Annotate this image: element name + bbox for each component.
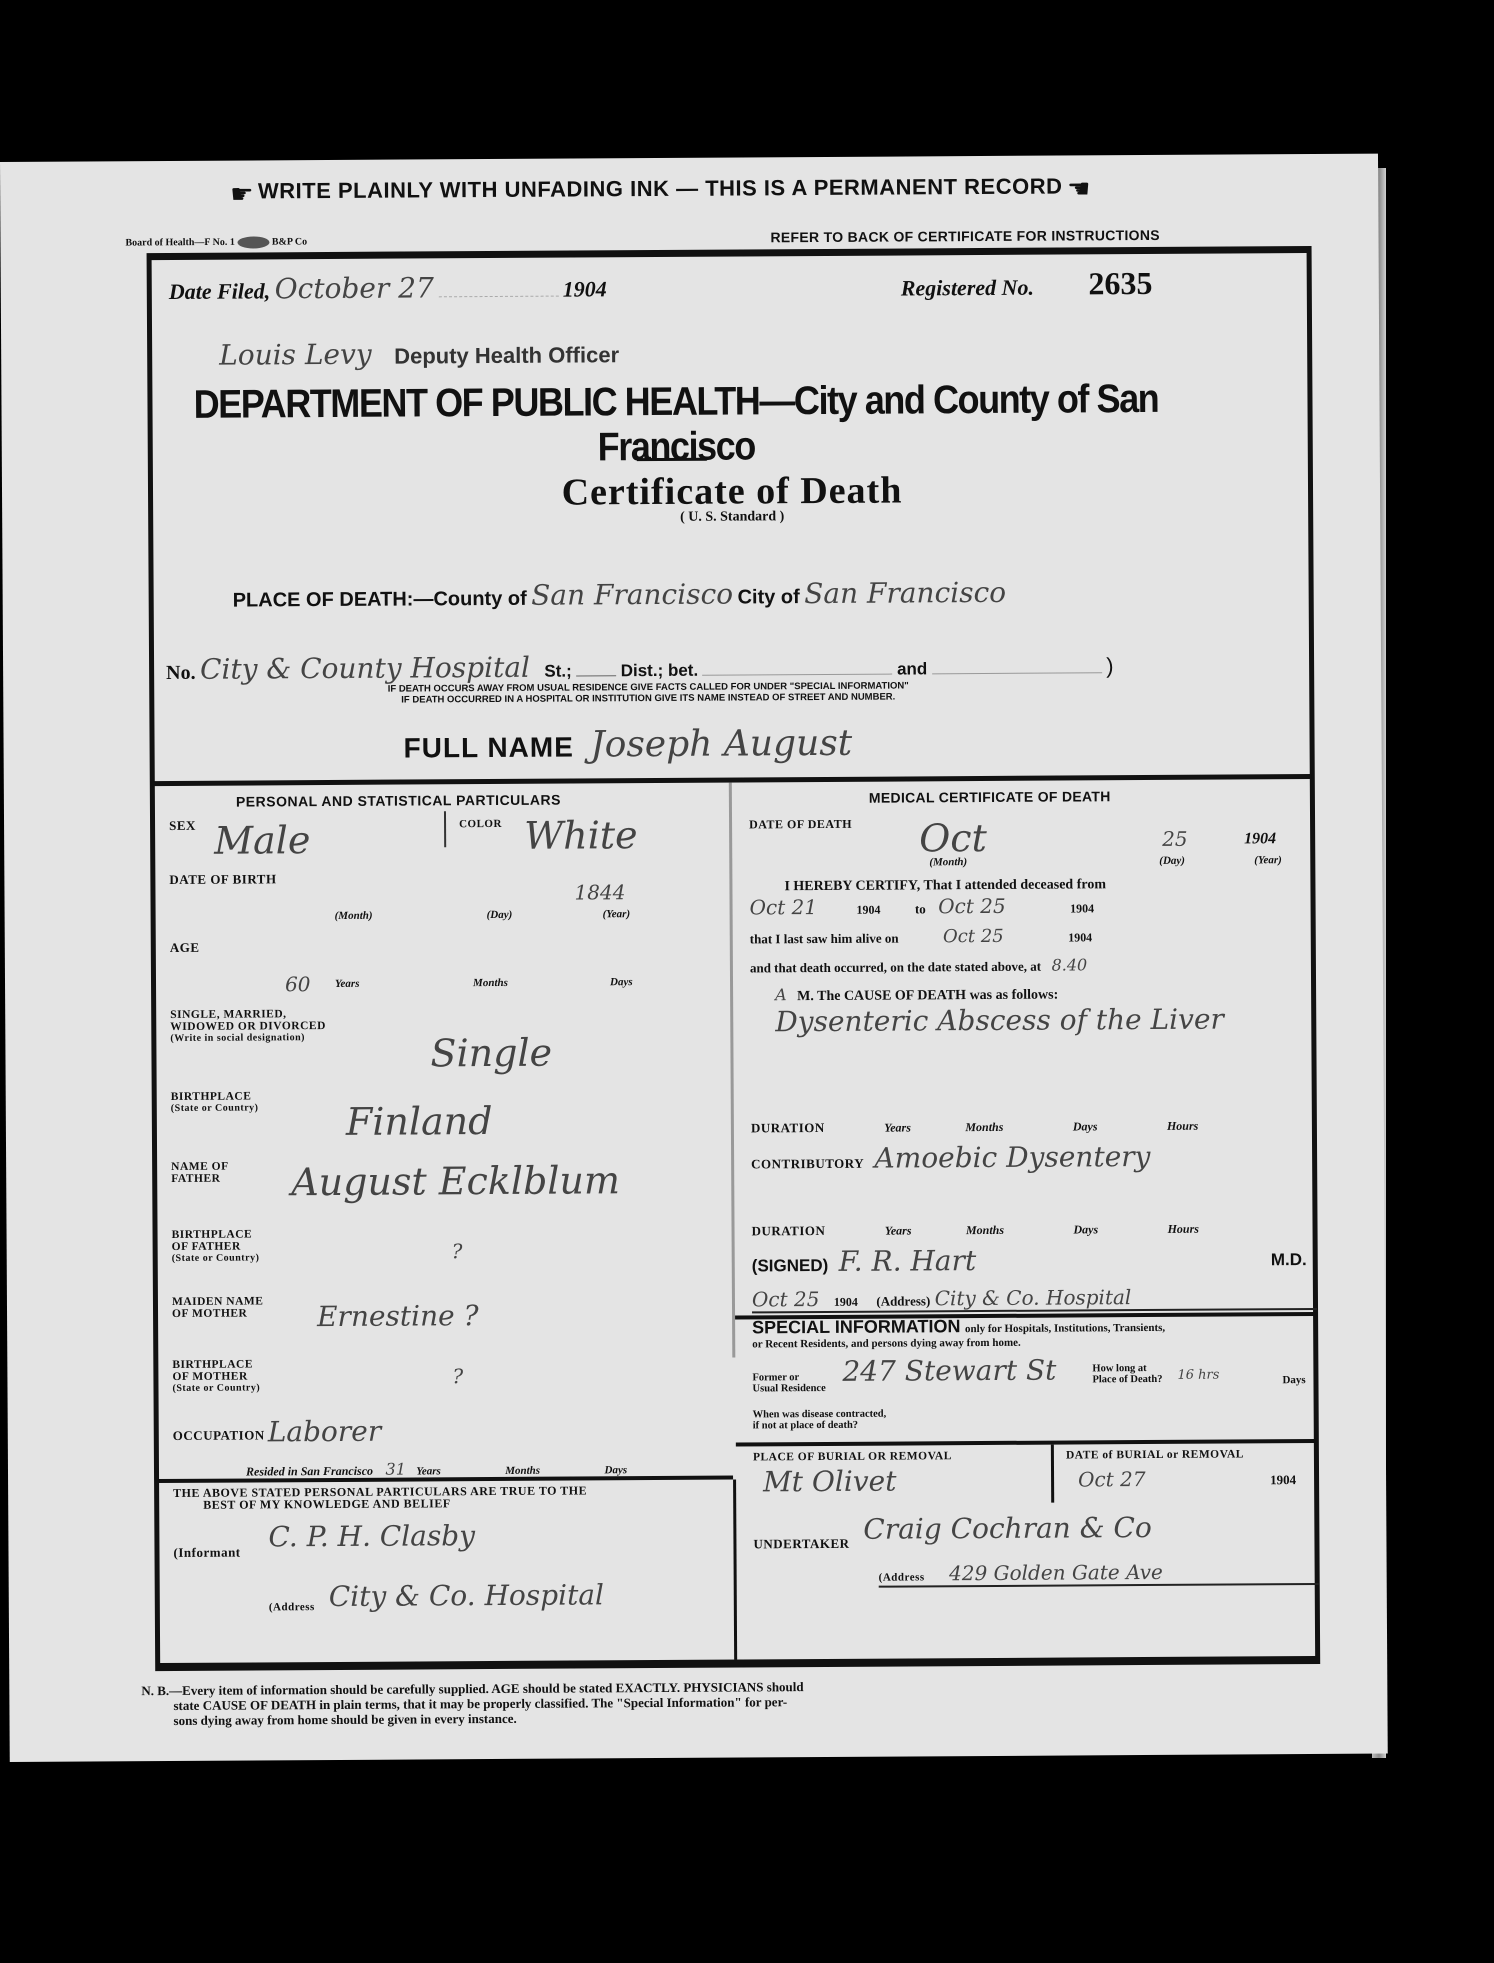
form-number: Board of Health—F No. 1 B&P Co <box>125 236 307 249</box>
resided-months-label: Months <box>505 1465 540 1477</box>
years-label: Years <box>884 1120 911 1134</box>
contributory-label: CONTRIBUTORY <box>751 1156 864 1172</box>
officer-signature: Louis Levy <box>219 338 372 372</box>
statement-line-2: BEST OF MY KNOWLEDGE AND BELIEF <box>173 1496 587 1511</box>
special-heading-rest: only for Hospitals, Institutions, Transi… <box>965 1322 1165 1335</box>
attended-to: Oct 25 <box>938 894 1006 918</box>
sex-value: Male <box>214 818 310 863</box>
physician-address-label: (Address) <box>876 1293 930 1308</box>
date-filed: Date Filed, October 27 1904 <box>169 270 607 306</box>
how-long-label: How long at Place of Death? <box>1092 1363 1162 1385</box>
occupation-label: OCCUPATION <box>173 1428 265 1443</box>
mother-label: MAIDEN NAME OF MOTHER <box>172 1295 264 1320</box>
age-months-label: Months <box>473 977 508 989</box>
informant-statement: THE ABOVE STATED PERSONAL PARTICULARS AR… <box>173 1484 587 1511</box>
years-label-2: Years <box>885 1223 912 1237</box>
mother-bp-label-1: BIRTHPLACE <box>172 1358 260 1371</box>
former-label-2: Usual Residence <box>752 1383 825 1394</box>
mother-birthplace-value: ? <box>452 1364 463 1388</box>
resided-years-value: 31 <box>385 1460 405 1479</box>
resided-label: Resided in San Francisco <box>246 1464 373 1479</box>
special-heading-title: SPECIAL INFORMATION <box>752 1316 960 1337</box>
certify-statement: I HEREBY CERTIFY, That I attended deceas… <box>784 877 1106 895</box>
dod-month-value: Oct <box>919 816 987 860</box>
mother-value: Ernestine ? <box>317 1299 479 1333</box>
registered-no: Registered No. 2635 <box>901 265 1153 304</box>
dod-month-label: (Month) <box>929 856 967 868</box>
former-residence-value: 247 Stewart St <box>842 1354 1056 1388</box>
informant-address: City & Co. Hospital <box>329 1578 604 1613</box>
dod-day-value: 25 <box>1162 827 1188 851</box>
to-label: to <box>915 901 926 916</box>
banner: ☛ WRITE PLAINLY WITH UNFADING INK — THIS… <box>230 172 1230 209</box>
marital-value: Single <box>430 1031 552 1076</box>
father-label: NAME OF FATHER <box>171 1161 229 1185</box>
months-label: Months <box>965 1120 1003 1134</box>
former-residence-label: Former or Usual Residence <box>752 1372 825 1394</box>
certificate-title: Certificate of Death ( U. S. Standard ) <box>177 466 1287 529</box>
father-label-1: NAME OF <box>171 1161 229 1173</box>
place-of-death: PLACE OF DEATH:—County of San Francisco … <box>233 576 1007 614</box>
last-saw-row: that I last saw him alive on Oct 25 1904 <box>750 924 1310 948</box>
pointing-hand-icon: ☛ <box>1067 174 1091 205</box>
instructions-ref: REFER TO BACK OF CERTIFICATE FOR INSTRUC… <box>770 227 1160 245</box>
undertaker-label: UNDERTAKER <box>753 1537 849 1552</box>
days-label: Days <box>1073 1119 1098 1133</box>
signed-row: (SIGNED) F. R. Hart M.D. <box>752 1242 1317 1278</box>
attended-from-year: 1904 <box>856 903 880 917</box>
age-label: AGE <box>170 941 200 955</box>
dod-year-value: 1904 <box>1244 830 1276 848</box>
signed-label: (SIGNED) <box>752 1256 829 1275</box>
father-birthplace-value: ? <box>452 1239 463 1263</box>
attended-from: Oct 21 <box>749 895 817 919</box>
how-long-value: 16 hrs <box>1177 1368 1219 1383</box>
occurred-label: and that death occurred, on the date sta… <box>750 959 1041 976</box>
dod-year-label: (Year) <box>1254 854 1282 866</box>
age-days-label: Days <box>610 976 633 988</box>
informant-address-label: (Address <box>269 1600 315 1614</box>
mother-birthplace-label: BIRTHPLACE OF MOTHER (State or Country) <box>172 1358 260 1395</box>
father-bp-label-3: (State or Country) <box>172 1252 260 1265</box>
signed-date: Oct 25 <box>752 1287 820 1311</box>
contracted-label-1: When was disease contracted, <box>753 1409 887 1421</box>
duration-row-1: DURATION Years Months Days Hours <box>751 1116 1316 1137</box>
how-long-days-label: Days <box>1282 1374 1305 1386</box>
undertaker-value: Craig Cochran & Co <box>863 1511 1152 1546</box>
attended-to-year: 1904 <box>1070 901 1094 915</box>
dob-label: DATE OF BIRTH <box>169 872 276 887</box>
full-name: FULL NAME Joseph August <box>403 723 852 767</box>
department-title: DEPARTMENT OF PUBLIC HEALTH—City and Cou… <box>176 376 1287 473</box>
footer-note-3: sons dying away from home should be give… <box>141 1709 803 1728</box>
undertaker-address-label: (Address <box>879 1571 925 1583</box>
informant-name: C. P. H. Clasby <box>268 1519 475 1553</box>
how-long-label-1: How long at <box>1092 1363 1162 1374</box>
cause-label: M. The CAUSE OF DEATH was as follows: <box>797 988 1058 1005</box>
time-of-death: 8.40 <box>1051 955 1087 974</box>
marital-label-1: SINGLE, MARRIED, <box>170 1008 326 1021</box>
special-heading: SPECIAL INFORMATION only for Hospitals, … <box>752 1317 1317 1351</box>
signed-year: 1904 <box>834 1295 858 1309</box>
and-label: and <box>897 659 927 678</box>
attended-row: Oct 21 1904 to Oct 25 1904 <box>749 892 1309 919</box>
medical-heading: MEDICAL CERTIFICATE OF DEATH <box>869 788 1111 805</box>
resided-days-label: Days <box>604 1464 627 1476</box>
md-label: M.D. <box>1271 1250 1307 1270</box>
burial-date-value: Oct 27 <box>1078 1467 1146 1491</box>
dod-label: DATE OF DEATH <box>749 817 852 832</box>
resided-years-label: Years <box>416 1465 441 1477</box>
father-label-2: FATHER <box>171 1173 229 1185</box>
registered-label: Registered No. <box>901 275 1034 301</box>
physician-signature: F. R. Hart <box>839 1244 977 1278</box>
burial-column-divider <box>1051 1445 1054 1503</box>
address-of-death: No. City & County Hospital St.; Dist.; b… <box>166 646 1286 686</box>
color-value: White <box>524 813 638 858</box>
dob-year-value: 1844 <box>574 880 625 904</box>
mother-bp-label-2: OF MOTHER <box>172 1370 260 1383</box>
cause-of-death: Dysenteric Abscess of the Liver <box>775 1003 1224 1039</box>
signed-date-row: Oct 25 1904 (Address) City & Co. Hospita… <box>752 1284 1317 1313</box>
dob-month-label: (Month) <box>335 910 373 922</box>
age-years-label: Years <box>335 978 360 990</box>
undertaker-address-row: (Address 429 Golden Gate Ave <box>879 1559 1319 1588</box>
birthplace-value: Finland <box>346 1099 493 1144</box>
months-label-2: Months <box>966 1223 1004 1237</box>
registered-number: 2635 <box>1088 265 1152 301</box>
marital-label-3: (Write in social designation) <box>170 1032 326 1045</box>
marital-label-2: WIDOWED OR DIVORCED <box>170 1020 326 1033</box>
district-label: Dist.; bet. <box>621 661 699 680</box>
street-label: St.; <box>544 662 572 681</box>
contracted-label: When was disease contracted, if not at p… <box>753 1409 887 1432</box>
printer-text: B&P Co <box>272 236 307 247</box>
occurred-row: and that death occurred, on the date sta… <box>750 954 1310 977</box>
mother-label-2: OF MOTHER <box>172 1307 264 1320</box>
banner-text: WRITE PLAINLY WITH UNFADING INK — THIS I… <box>258 174 1063 204</box>
burial-year-value: 1904 <box>1270 1472 1296 1488</box>
sex-label: SEX <box>169 819 196 833</box>
city-label: City of <box>737 586 799 608</box>
county-value: San Francisco <box>531 578 733 612</box>
marital-label: SINGLE, MARRIED, WIDOWED OR DIVORCED (Wr… <box>170 1008 326 1045</box>
last-saw-value: Oct 25 <box>943 926 1004 947</box>
burial-date-label: DATE of BURIAL or REMOVAL <box>1066 1447 1244 1462</box>
contributory-row: CONTRIBUTORY Amoebic Dysentery <box>751 1140 1151 1175</box>
burial-place-label: PLACE OF BURIAL OR REMOVAL <box>753 1449 952 1464</box>
city-value: San Francisco <box>804 576 1006 610</box>
birthplace-label: BIRTHPLACE (State or Country) <box>171 1090 259 1115</box>
divider <box>637 458 707 461</box>
dob-year-label: (Year) <box>603 908 631 920</box>
dob-day-label: (Day) <box>487 909 513 921</box>
undertaker-address: 429 Golden Gate Ave <box>949 1560 1163 1585</box>
physician-address: City & Co. Hospital <box>935 1285 1132 1310</box>
contracted-label-2: if not at place of death? <box>753 1420 887 1432</box>
place-of-death-label: PLACE OF DEATH:—County of <box>233 588 527 612</box>
location-value: City & County Hospital <box>200 651 530 686</box>
personal-heading: PERSONAL AND STATISTICAL PARTICULARS <box>236 792 561 810</box>
color-label: COLOR <box>459 817 502 831</box>
days-label-2: Days <box>1073 1222 1098 1236</box>
full-name-label: FULL NAME <box>403 732 573 764</box>
duration-row-2: DURATION Years Months Days Hours <box>751 1219 1316 1240</box>
date-filed-value: October 27 <box>275 271 434 305</box>
officer-title: Deputy Health Officer <box>394 342 619 368</box>
union-label-icon <box>237 236 269 248</box>
duration-label-2: DURATION <box>751 1223 825 1238</box>
last-saw-label: that I last saw him alive on <box>750 931 899 947</box>
occupation-value: Laborer <box>268 1415 382 1449</box>
mother-bp-label-3: (State or Country) <box>172 1382 260 1395</box>
no-label: No. <box>166 662 196 684</box>
form-number-text: Board of Health—F No. 1 <box>125 237 234 249</box>
full-name-value: Joseph August <box>590 723 852 766</box>
dod-day-label: (Day) <box>1159 855 1185 867</box>
footer-note: N. B.—Every item of information should b… <box>141 1679 804 1728</box>
contributory-value: Amoebic Dysentery <box>874 1140 1150 1175</box>
hours-label: Hours <box>1167 1119 1198 1133</box>
pointing-hand-icon: ☛ <box>230 179 253 209</box>
age-years-value: 60 <box>285 972 311 996</box>
am-pm-value: A <box>775 985 787 1004</box>
death-certificate: ☛ WRITE PLAINLY WITH UNFADING INK — THIS… <box>0 154 1388 1762</box>
father-bp-label-2: OF FATHER <box>172 1240 260 1253</box>
cause-label-row: A M. The CAUSE OF DEATH was as follows: <box>775 984 1058 1006</box>
father-birthplace-label: BIRTHPLACE OF FATHER (State or Country) <box>172 1228 260 1265</box>
informant-label: (Informant <box>173 1546 240 1560</box>
former-label-1: Former or <box>752 1372 825 1383</box>
birthplace-label-1: BIRTHPLACE <box>171 1090 259 1103</box>
father-bp-label-1: BIRTHPLACE <box>172 1228 260 1241</box>
burial-place-value: Mt Olivet <box>763 1465 897 1499</box>
birthplace-label-2: (State or Country) <box>171 1102 259 1115</box>
duration-label: DURATION <box>751 1120 825 1135</box>
how-long-label-2: Place of Death? <box>1092 1374 1162 1385</box>
hours-label-2: Hours <box>1168 1222 1199 1236</box>
date-filed-label: Date Filed, <box>169 278 271 304</box>
mother-label-1: MAIDEN NAME <box>172 1295 264 1308</box>
father-value: August Ecklblum <box>291 1158 620 1204</box>
last-saw-year: 1904 <box>1068 930 1092 944</box>
health-officer: Louis Levy Deputy Health Officer <box>219 336 619 371</box>
year-filed: 1904 <box>563 276 607 301</box>
